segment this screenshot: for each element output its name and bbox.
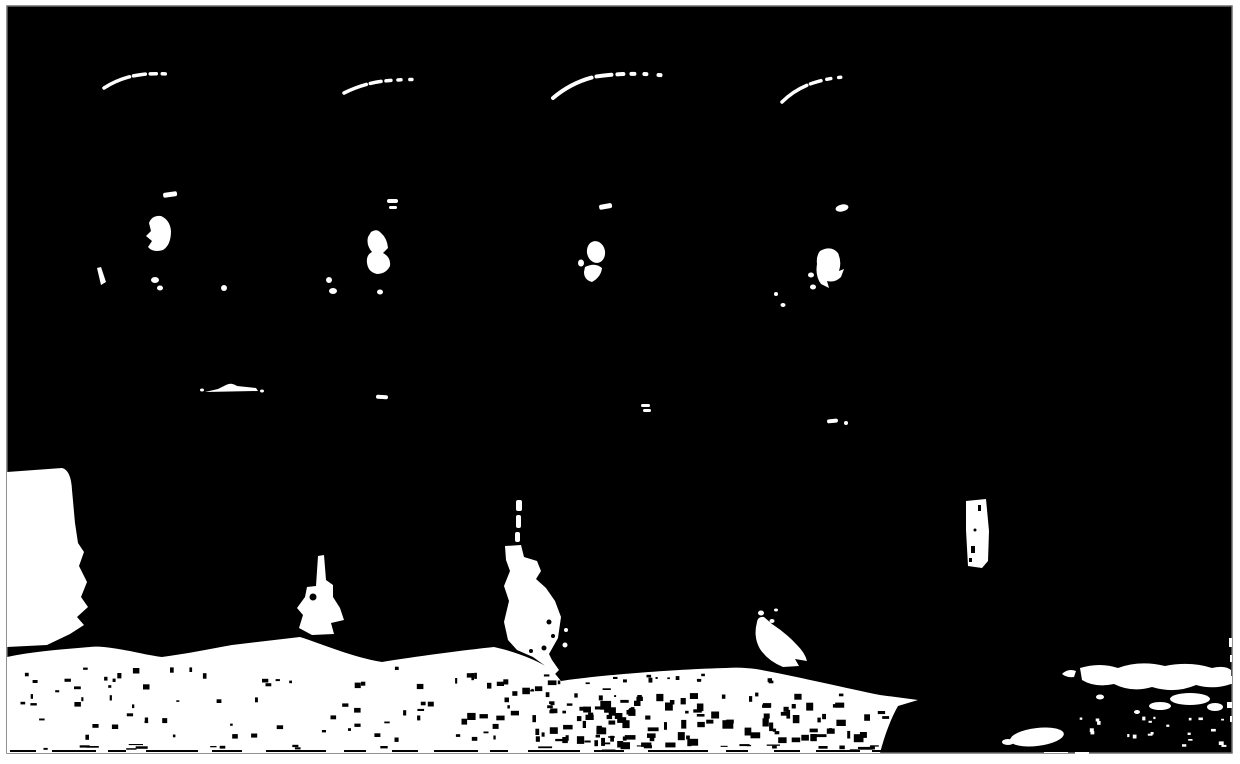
speckle (670, 700, 675, 705)
speckle (455, 678, 457, 684)
speckle (701, 674, 705, 677)
speckle (203, 673, 207, 679)
speckle (348, 728, 351, 731)
photo-right-edge-dash1 (1229, 638, 1232, 647)
speckle (762, 705, 771, 708)
speckle (665, 743, 675, 748)
speckle (83, 668, 88, 670)
speckle (471, 673, 474, 680)
speckle (549, 701, 554, 704)
bottle3-base-spike-speck2 (551, 634, 555, 638)
speckle (745, 728, 752, 736)
bottle3-base-spike-speck4 (529, 649, 533, 653)
bottle4-body-dot1 (808, 273, 814, 278)
speckle (417, 709, 424, 711)
speckle (595, 706, 601, 709)
speckle (647, 675, 652, 678)
speckle (1166, 725, 1169, 727)
speckle (751, 732, 761, 738)
speckle (722, 695, 726, 699)
speckle (609, 707, 616, 715)
speckle (1080, 718, 1083, 720)
speckle (170, 667, 174, 672)
speckle (462, 719, 468, 725)
bottle3-base-spike-dot-right1 (564, 628, 568, 632)
speckle (536, 736, 540, 742)
speckle (620, 700, 628, 703)
speckle (104, 677, 107, 681)
speckle (793, 715, 800, 723)
speckle (667, 677, 670, 679)
speckle (594, 740, 598, 746)
speckle (162, 718, 167, 723)
speckle (173, 735, 176, 738)
speckle (769, 723, 773, 732)
right-vertical-bar-notch4 (969, 558, 972, 562)
speckle (969, 745, 975, 748)
speckle (503, 679, 508, 684)
speckle (535, 729, 539, 735)
speckle (784, 707, 789, 712)
speckle (749, 696, 752, 702)
speckle (562, 711, 566, 714)
speckle (562, 737, 568, 743)
speckle (132, 704, 134, 708)
speckle (544, 674, 550, 676)
speckle (614, 695, 616, 697)
speckle (550, 727, 558, 734)
speckle (143, 684, 150, 689)
speckle (579, 707, 586, 711)
speckle (403, 710, 406, 715)
speckle (656, 677, 658, 679)
speckle (693, 709, 702, 712)
speckle (21, 702, 26, 705)
speckle (609, 721, 616, 725)
binarized-photo (0, 0, 1240, 764)
speckle (395, 738, 399, 742)
speckle (567, 703, 573, 705)
patent-figure (0, 0, 1240, 764)
speckle (603, 688, 611, 690)
speckle (596, 735, 600, 738)
speckle (860, 732, 867, 738)
speckle (113, 679, 116, 682)
speckle (772, 746, 777, 749)
speckle (690, 693, 698, 699)
speckle (957, 744, 961, 747)
speckle (555, 739, 563, 741)
bottle4-body-dot3 (774, 292, 778, 296)
speckle (548, 680, 557, 685)
speckle (1211, 729, 1216, 732)
speckle (361, 682, 365, 686)
speckle (602, 750, 616, 752)
speckle (1221, 719, 1224, 721)
speckle (835, 703, 844, 708)
speckle (878, 711, 885, 714)
speckle (1188, 733, 1191, 735)
speckle (775, 731, 780, 734)
speckle (645, 716, 650, 720)
speckle (30, 703, 36, 705)
speckle (276, 679, 280, 681)
speckle (615, 713, 623, 719)
right-table-speck1 (1134, 710, 1140, 714)
speckle (563, 725, 573, 730)
speckle (664, 722, 667, 730)
speckle (621, 742, 631, 749)
bottle2-body-dot-below (377, 290, 383, 295)
speckle (656, 694, 663, 701)
speckle (792, 738, 801, 743)
speckle (255, 697, 258, 702)
speckle (456, 734, 460, 737)
speckle (550, 709, 557, 714)
speckle (810, 734, 817, 741)
speckle (636, 697, 643, 701)
speckle (810, 729, 818, 733)
speckle (817, 718, 820, 723)
speckle (1153, 717, 1155, 719)
speckle (950, 747, 960, 748)
speckle (1219, 741, 1224, 745)
bottle3-level-mark1 (641, 404, 650, 407)
bottle4-base-dot2 (770, 619, 775, 623)
bottle2-side-dot2 (329, 288, 337, 294)
speckle (634, 701, 641, 706)
bottle2-level-mark (376, 395, 388, 400)
speckle (801, 735, 809, 741)
photo-right-edge-dash3 (1229, 676, 1232, 684)
speckle (374, 733, 380, 737)
right-vertical-bar-notch1 (971, 546, 975, 553)
right-table-patch-lower1 (1170, 693, 1210, 705)
speckle (522, 688, 530, 695)
speckle (467, 713, 475, 720)
speckle (289, 681, 292, 684)
bottle4-body-dot2 (810, 285, 816, 290)
speckle (322, 730, 326, 732)
page-background (0, 0, 1240, 764)
speckle (768, 678, 772, 682)
right-table-patch-corner (1227, 702, 1232, 708)
speckle (1127, 734, 1129, 737)
right-table-patch-lower3 (1207, 703, 1223, 711)
speckle (112, 725, 118, 730)
bottle1-level-dot-left (200, 389, 204, 392)
speckle (847, 731, 850, 739)
speckle (850, 749, 858, 751)
speckle (127, 713, 133, 716)
speckle (706, 720, 713, 724)
speckle (493, 724, 499, 729)
speckle (1149, 721, 1152, 723)
speckle (685, 711, 689, 714)
speckle (650, 737, 655, 742)
speckle (145, 721, 149, 723)
speckle (697, 680, 701, 682)
speckle (496, 716, 504, 721)
speckle (1133, 735, 1137, 739)
speckle (628, 709, 635, 716)
speckle (354, 724, 360, 727)
speckle (687, 739, 691, 746)
speckle (781, 712, 787, 716)
speckle (711, 712, 719, 719)
bottle2-body-dash-above1 (387, 199, 398, 203)
speckle (806, 703, 813, 711)
speckle (1097, 721, 1101, 725)
speckle (858, 747, 873, 750)
speckle (588, 713, 593, 718)
speckle (649, 678, 653, 683)
speckle (74, 686, 81, 689)
speckle (822, 714, 826, 719)
speckle (681, 720, 686, 729)
speckle (55, 690, 59, 692)
speckle (189, 667, 192, 672)
between-bottles-dot1 (221, 285, 227, 291)
speckle (601, 738, 605, 746)
speckle (1189, 718, 1192, 721)
photo-right-edge-dash4 (1230, 716, 1232, 722)
speckle (81, 697, 83, 701)
speckle (586, 682, 590, 684)
speckle (1199, 718, 1203, 721)
photo-frame (7, 6, 1232, 753)
speckle (126, 748, 136, 750)
speckle (622, 720, 629, 728)
speckle (864, 714, 870, 721)
speckle (870, 745, 879, 746)
speckle (697, 714, 705, 717)
speckle (92, 724, 98, 728)
speckle (763, 718, 769, 726)
speckle (583, 721, 586, 728)
speckle (110, 695, 112, 700)
speckle (117, 673, 121, 678)
speckle (1182, 744, 1186, 747)
speckle (1221, 745, 1226, 747)
speckle (884, 740, 890, 745)
speckle (678, 732, 685, 740)
bottle3-body-dot-left (578, 260, 584, 267)
right-vertical-bar-notch2 (978, 505, 981, 511)
speckle (384, 722, 389, 724)
speckle (484, 732, 489, 734)
speckle (421, 702, 426, 706)
speckle (493, 736, 495, 740)
speckle (613, 677, 618, 679)
photo-right-edge-dash2 (1230, 655, 1232, 662)
speckle (512, 691, 517, 696)
speckle (721, 746, 728, 747)
speckle (129, 744, 143, 745)
speckle (505, 698, 510, 703)
speckle (623, 679, 627, 682)
speckle (251, 734, 257, 738)
speckle (827, 729, 835, 734)
speckle (722, 720, 733, 729)
bottle3-base-spike-dash3 (515, 532, 520, 542)
speckle (262, 679, 268, 683)
speckle (86, 746, 98, 748)
bottle3-base-spike-speck3 (542, 646, 547, 651)
speckle (497, 682, 504, 686)
speckle (1151, 732, 1154, 735)
speckle (1142, 717, 1145, 721)
table-oval-highlight-tail (1002, 739, 1014, 745)
speckle (585, 741, 591, 743)
speckle (511, 711, 519, 716)
speckle (31, 694, 33, 699)
speckle (108, 685, 111, 688)
speckle (266, 683, 272, 686)
right-vertical-bar-notch3 (974, 529, 977, 532)
bottle2-side-dot1 (326, 277, 332, 283)
speckle (220, 746, 226, 749)
speckle (331, 715, 337, 719)
right-vertical-bar-highlight (966, 499, 989, 568)
speckle (816, 734, 826, 737)
speckle (778, 737, 786, 743)
bottle4-body-dot4 (781, 303, 786, 307)
speckle (210, 746, 216, 747)
speckle (65, 679, 71, 682)
speckle (625, 735, 636, 740)
speckle (417, 684, 424, 689)
speckle (794, 694, 801, 700)
speckle (837, 677, 842, 679)
speckle (839, 694, 844, 697)
speckle (176, 700, 179, 702)
speckle (538, 746, 552, 748)
speckle (767, 745, 780, 746)
bottle3-base-spike-dash2 (516, 515, 521, 528)
speckle (292, 745, 298, 747)
speckle (39, 719, 45, 721)
speckle (487, 683, 491, 689)
speckle (697, 722, 705, 727)
speckle (295, 747, 301, 749)
speckle (342, 703, 348, 706)
speckle (395, 667, 399, 670)
speckle (995, 745, 1008, 746)
bottle2-base-spike-hole (310, 594, 317, 601)
speckle (546, 692, 550, 697)
speckle (839, 746, 844, 750)
speckle (232, 734, 238, 739)
speckle (542, 732, 545, 736)
speckle (681, 698, 686, 704)
speckle (755, 693, 758, 697)
speckle (676, 676, 680, 680)
speckle (33, 680, 38, 683)
speckle (133, 668, 140, 674)
speckle (535, 686, 542, 691)
bottle1-body-dot2 (157, 286, 163, 291)
bottom-edge-dash-right2 (1075, 752, 1089, 754)
speckle (217, 699, 222, 703)
speckle (739, 744, 749, 746)
speckle (819, 746, 828, 749)
speckle (507, 705, 510, 708)
speckle (597, 726, 602, 732)
bottle3-base-spike-speck1 (547, 620, 552, 625)
bottle4-base-dot1 (758, 611, 764, 616)
bottle2-body-dash-above2 (389, 206, 397, 209)
bottle3-base-spike-dot-right2 (563, 643, 568, 648)
speckle (1091, 731, 1095, 734)
speckle (380, 746, 387, 748)
bottle4-base-dot3 (774, 609, 778, 612)
speckle (686, 736, 690, 740)
speckle (85, 735, 89, 740)
speckle (637, 745, 648, 746)
speckle (1188, 739, 1192, 741)
right-table-speck2 (1096, 695, 1104, 700)
speckle (532, 715, 536, 722)
speckle (136, 746, 148, 749)
bottle1-body-dot1 (151, 277, 159, 283)
speckle (610, 736, 614, 742)
speckle (547, 705, 553, 708)
speckle (577, 716, 582, 721)
speckle (558, 681, 561, 685)
speckle (764, 714, 770, 719)
speckle (230, 724, 233, 726)
speckle (417, 716, 420, 721)
bottle4-level-dot (844, 421, 848, 425)
speckle (577, 736, 584, 744)
speckle (277, 725, 283, 729)
bottle3-base-spike-dash1 (516, 500, 522, 511)
bottle1-level-dot-right (260, 390, 264, 393)
speckle (648, 727, 659, 731)
speckle (472, 737, 478, 741)
speckle (44, 748, 48, 750)
speckle (474, 673, 477, 679)
right-table-patch-lower2 (1149, 702, 1171, 710)
speckle (792, 704, 796, 709)
speckle (428, 702, 434, 707)
speckle (530, 690, 534, 692)
speckle (599, 695, 603, 700)
bottle3-level-mark2 (643, 409, 651, 412)
speckle (574, 693, 577, 697)
speckle (354, 708, 361, 713)
speckle (25, 673, 29, 677)
speckle (480, 714, 488, 718)
speckle (882, 716, 889, 719)
speckle (976, 746, 989, 748)
speckle (74, 702, 81, 707)
speckle (355, 683, 361, 689)
speckle (836, 720, 845, 726)
